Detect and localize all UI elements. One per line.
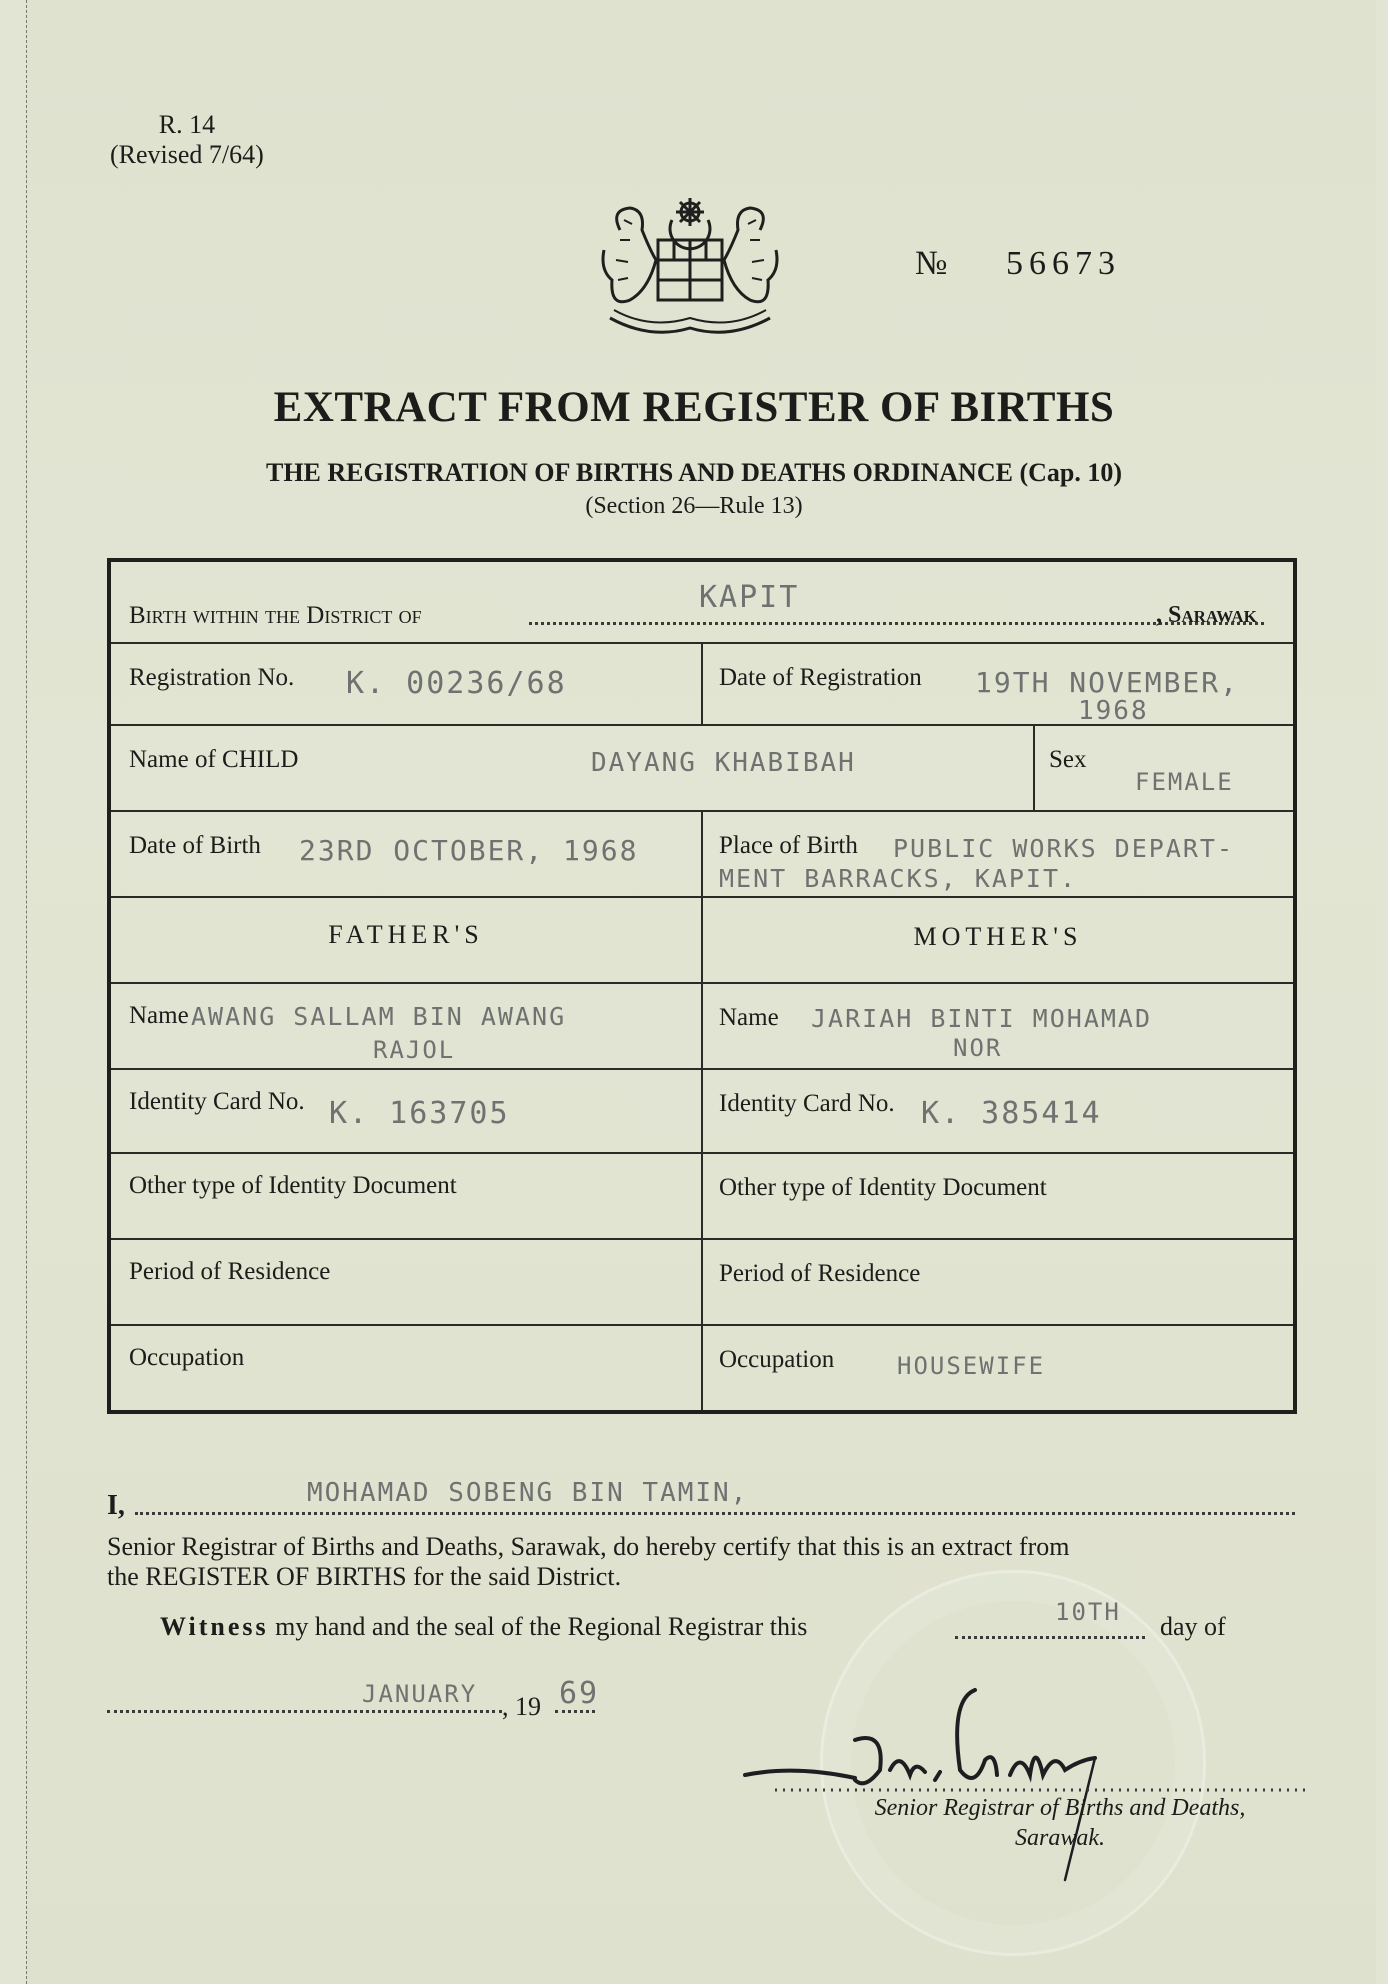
date-of-birth-value: 23RD OCTOBER, 1968 [299, 834, 638, 867]
child-row: Name of CHILD DAYANG KHABIBAH Sex FEMALE [111, 726, 1293, 812]
year-prefix: , 19 [502, 1692, 541, 1722]
mother-heading-cell: MOTHER'S [701, 898, 1293, 982]
other-id-row: Other type of Identity Document Other ty… [111, 1154, 1293, 1240]
father-occupation-cell: Occupation [111, 1326, 701, 1410]
mother-ic-cell: Identity Card No. K. 385414 [701, 1070, 1293, 1152]
mother-name-value-line1: JARIAH BINTI MOHAMAD [811, 1004, 1152, 1033]
father-ic-value: K. 163705 [329, 1096, 510, 1131]
occupation-row: Occupation Occupation HOUSEWIFE [111, 1326, 1293, 1410]
place-of-birth-label: Place of Birth [719, 832, 858, 860]
sex-value: FEMALE [1135, 768, 1234, 796]
parents-heading-row: FATHER'S MOTHER'S [111, 898, 1293, 984]
district-dotted-line [529, 622, 1264, 625]
registrar-dotted-line [135, 1512, 1295, 1515]
father-name-value-line2: RAJOL [373, 1036, 455, 1064]
district-suffix: , Sarawak [1156, 602, 1257, 629]
father-ic-label: Identity Card No. [129, 1088, 305, 1116]
child-name-value: DAYANG KHABIBAH [591, 748, 856, 778]
signature-title-line2: Sarawak. [800, 1823, 1320, 1853]
child-name-label: Name of CHILD [129, 746, 298, 774]
district-value: KAPIT [699, 580, 799, 615]
place-of-birth-value-line1: PUBLIC WORKS DEPART- [893, 834, 1234, 863]
signature-title: Senior Registrar of Births and Deaths, S… [800, 1793, 1320, 1853]
registration-no-value: K. 00236/68 [346, 666, 567, 701]
certification-statement: Senior Registrar of Births and Deaths, S… [107, 1532, 1297, 1592]
registrar-name: MOHAMAD SOBENG BIN TAMIN, [307, 1478, 748, 1508]
father-heading-cell: FATHER'S [111, 898, 701, 982]
numero-sign: № [915, 245, 953, 282]
witness-text: my hand and the seal of the Regional Reg… [275, 1612, 807, 1641]
mother-occupation-value: HOUSEWIFE [897, 1352, 1045, 1380]
date-of-registration-value-line2: 1968 [1078, 696, 1149, 726]
certification-prefix: I, [107, 1490, 125, 1522]
mother-other-id-label: Other type of Identity Document [719, 1174, 1047, 1202]
mother-occupation-label: Occupation [719, 1346, 834, 1374]
district-label: Birth within the District of [129, 602, 422, 630]
father-heading: FATHER'S [328, 920, 483, 950]
ordinance-subtitle: THE REGISTRATION OF BIRTHS AND DEATHS OR… [0, 458, 1388, 488]
sex-label: Sex [1049, 746, 1087, 774]
place-of-birth-cell: Place of Birth PUBLIC WORKS DEPART- MENT… [701, 812, 1293, 896]
mother-residence-cell: Period of Residence [701, 1240, 1293, 1324]
father-name-cell: Name AWANG SALLAM BIN AWANG RAJOL [111, 984, 701, 1068]
mother-residence-label: Period of Residence [719, 1260, 920, 1288]
district-row: Birth within the District of KAPIT , Sar… [111, 562, 1293, 644]
sex-cell: Sex FEMALE [1033, 726, 1293, 810]
day-dotted-line [955, 1636, 1145, 1639]
perforated-edge [26, 0, 28, 1984]
mother-other-id-cell: Other type of Identity Document [701, 1154, 1293, 1238]
father-ic-cell: Identity Card No. K. 163705 [111, 1070, 701, 1152]
date-line: JANUARY , 19 69 [107, 1680, 707, 1730]
mother-name-label: Name [719, 1004, 779, 1032]
residence-row: Period of Residence Period of Residence [111, 1240, 1293, 1326]
section-reference: (Section 26—Rule 13) [0, 493, 1388, 520]
father-name-value-line1: AWANG SALLAM BIN AWANG [191, 1002, 566, 1031]
certification-statement-line2: the REGISTER OF BIRTHS for the said Dist… [107, 1562, 1297, 1592]
registrar-signature [735, 1680, 1335, 1900]
form-code: R. 14 [110, 110, 264, 140]
serial-value: 56673 [1006, 245, 1121, 282]
day-suffix: day of [1160, 1612, 1226, 1642]
serial-number: № 56673 [915, 245, 1121, 283]
mother-ic-value: K. 385414 [921, 1096, 1102, 1131]
year-value: 69 [559, 1676, 599, 1711]
parents-name-row: Name AWANG SALLAM BIN AWANG RAJOL Name J… [111, 984, 1293, 1070]
father-other-id-cell: Other type of Identity Document [111, 1154, 701, 1238]
father-occupation-label: Occupation [129, 1344, 244, 1372]
registrar-name-line: I, MOHAMAD SOBENG BIN TAMIN, [107, 1470, 1297, 1520]
father-other-id-label: Other type of Identity Document [129, 1172, 457, 1200]
place-of-birth-value-line2: MENT BARRACKS, KAPIT. [719, 864, 1077, 893]
mother-name-cell: Name JARIAH BINTI MOHAMAD NOR [701, 984, 1293, 1068]
certification-statement-line1: Senior Registrar of Births and Deaths, S… [107, 1532, 1297, 1562]
mother-name-value-line2: NOR [953, 1034, 1002, 1062]
registration-no-label: Registration No. [129, 664, 294, 692]
mother-ic-label: Identity Card No. [719, 1090, 895, 1118]
father-residence-label: Period of Residence [129, 1258, 330, 1286]
signature-title-line1: Senior Registrar of Births and Deaths, [800, 1793, 1320, 1823]
month-dotted-line [107, 1710, 502, 1713]
date-of-registration-label: Date of Registration [719, 664, 922, 692]
malaysia-coat-of-arms-icon [590, 190, 790, 350]
registration-row: Registration No. K. 00236/68 Date of Reg… [111, 644, 1293, 726]
father-name-label: Name [129, 1002, 189, 1030]
month-value: JANUARY [362, 1680, 477, 1708]
identity-card-row: Identity Card No. K. 163705 Identity Car… [111, 1070, 1293, 1154]
mother-occupation-cell: Occupation HOUSEWIFE [701, 1326, 1293, 1410]
register-table: Birth within the District of KAPIT , Sar… [107, 558, 1297, 1414]
witness-line: Witness my hand and the seal of the Regi… [160, 1612, 1300, 1652]
form-revision: (Revised 7/64) [110, 140, 264, 170]
date-of-birth-label: Date of Birth [129, 832, 261, 860]
day-value: 10TH [1055, 1598, 1121, 1626]
date-of-registration-value-line1: 19TH NOVEMBER, [975, 666, 1239, 699]
form-reference: R. 14 (Revised 7/64) [110, 110, 264, 170]
birth-row: Date of Birth 23RD OCTOBER, 1968 Place o… [111, 812, 1293, 898]
date-of-registration-cell: Date of Registration 19TH NOVEMBER, 1968 [701, 644, 1293, 724]
document-title: EXTRACT FROM REGISTER OF BIRTHS [0, 383, 1388, 432]
father-residence-cell: Period of Residence [111, 1240, 701, 1324]
mother-heading: MOTHER'S [914, 922, 1083, 952]
witness-bold: Witness [160, 1612, 269, 1641]
